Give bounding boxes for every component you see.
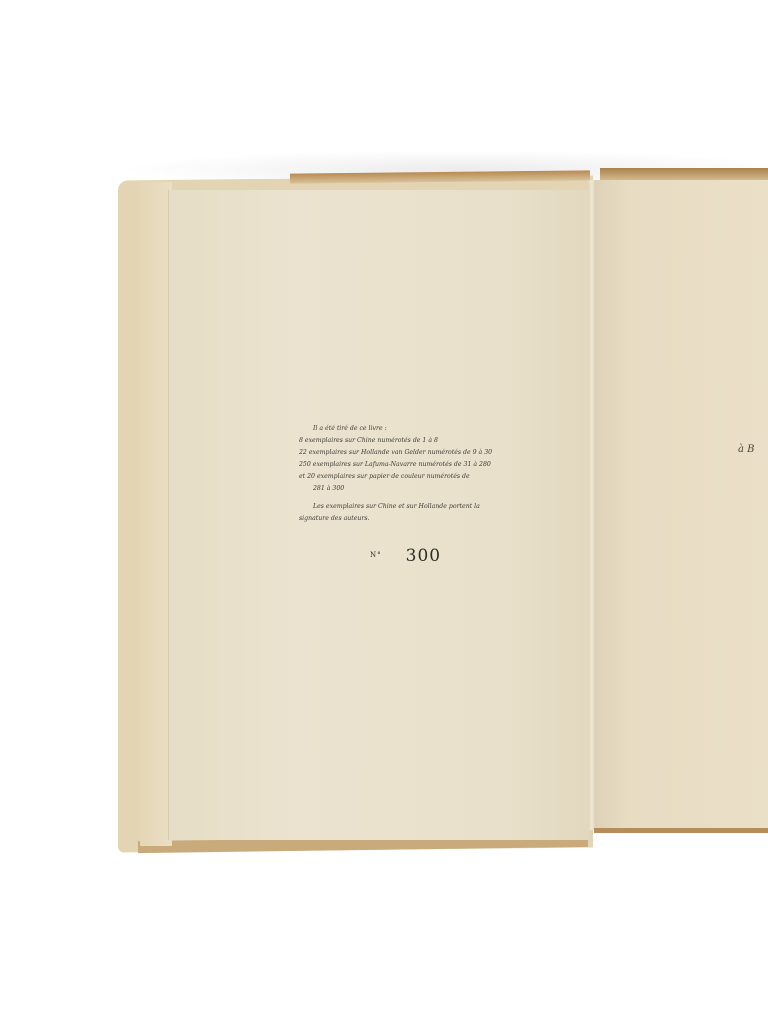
right-page — [594, 180, 768, 830]
signature-note: Les exemplaires sur Chine et sur Holland… — [299, 501, 529, 513]
book-gutter — [588, 180, 596, 830]
edition-line: 22 exemplaires sur Hollande van Gelder n… — [299, 447, 529, 459]
page-block-top-edge-right — [600, 168, 768, 180]
edition-line: 8 exemplaires sur Chine numérotés de 1 à… — [299, 435, 529, 447]
edition-line: 250 exemplaires sur Lafuma-Navarre numér… — [299, 459, 529, 471]
copy-number: N°300 — [370, 546, 441, 566]
edition-line: et 20 exemplaires sur papier de couleur … — [299, 471, 529, 483]
justification-text: Il a été tiré de ce livre : 8 exemplaire… — [299, 423, 529, 525]
edition-line: 281 à 300 — [299, 483, 529, 495]
intro-line: Il a été tiré de ce livre : — [299, 423, 529, 435]
signature-note: signature des auteurs. — [299, 513, 529, 525]
page-block-bottom-edge-right — [594, 828, 768, 833]
number-value: 300 — [406, 546, 441, 566]
number-label: N° — [370, 551, 382, 559]
dedication-text: à B — [738, 444, 755, 455]
